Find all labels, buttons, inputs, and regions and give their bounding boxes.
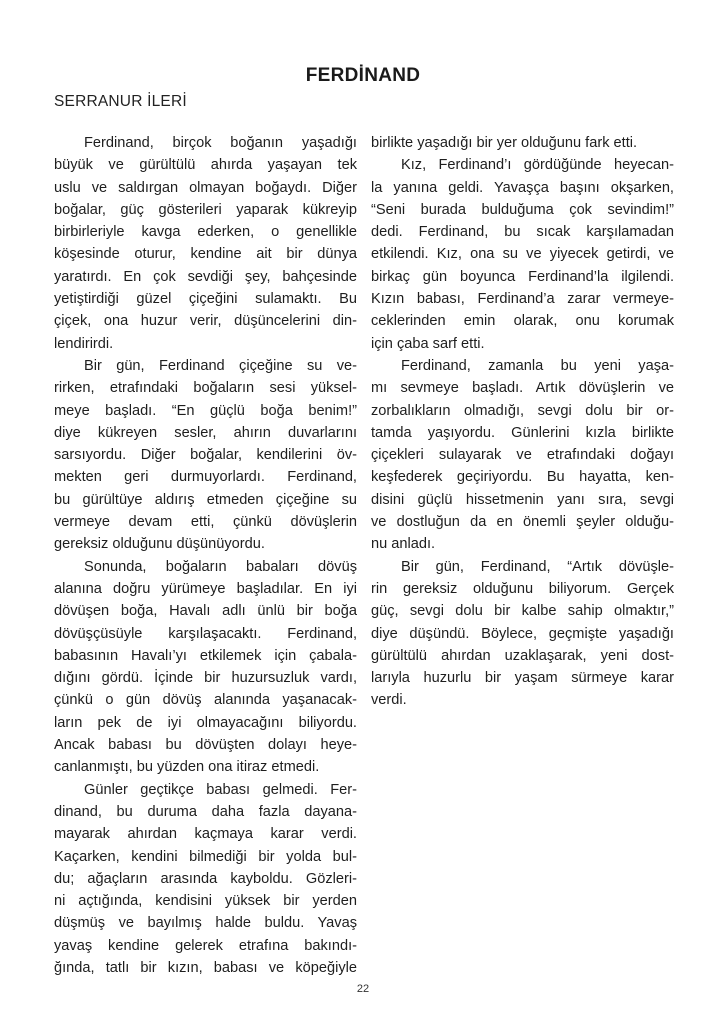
text-line: ğında, tatlı bir kızın, babası ve köpeği… [54, 957, 357, 979]
text-line: meye başladı. “En güçlü boğa benim!” [54, 400, 357, 422]
text-line: dinand, bu duruma daha fazla dayana- [54, 801, 357, 823]
text-line: köşesinde oturur, kendine ait bir dünya [54, 243, 357, 265]
text-line: sarsıyordu. Diğer boğalar, kendilerini ö… [54, 444, 357, 466]
text-line: ni açtığında, kendisini yüksek bir yerde… [54, 890, 357, 912]
text-line: etkilendi. Kız, ona su ve yiyecek getird… [371, 243, 674, 265]
text-line: zorbalıkların olmadığı, sevgi dolu bir o… [371, 400, 674, 422]
text-line: rirken, etrafındaki boğaların sesi yükse… [54, 377, 357, 399]
text-line: diye kükreyen sesler, ahırın duvarlarını [54, 422, 357, 444]
text-line: dedi. Ferdinand, bu sıcak karşılamadan [371, 221, 674, 243]
text-line: yavaş kendine gelerek etrafına bakındı- [54, 935, 357, 957]
text-line: keşfederek geçiriyordu. Bu hayatta, ken- [371, 466, 674, 488]
text-line: tamda yaşıyordu. Günlerini kızla birlikt… [371, 422, 674, 444]
text-line: birlikte yaşadığı bir yer olduğunu fark … [371, 132, 674, 154]
text-line: mı sevmeye başladı. Artık dövüşlerin ve [371, 377, 674, 399]
text-line: diye düşündü. Böylece, geçmişte yaşadığı [371, 623, 674, 645]
text-line: Sonunda, boğaların babaları dövüş [54, 556, 357, 578]
text-line: nu anladı. [371, 533, 674, 555]
text-line: boğalar, güç gösterileri yaparak kükreyi… [54, 199, 357, 221]
text-line: mekten geri durmuyorlardı. Ferdinand, [54, 466, 357, 488]
text-line: “Seni burada bulduğuma çok sevindim!” [371, 199, 674, 221]
text-line: için çaba sarf etti. [371, 333, 674, 355]
text-column-right: birlikte yaşadığı bir yer olduğunu fark … [371, 132, 674, 712]
text-line: Kızın babası, Ferdinand’a zarar vermeye- [371, 288, 674, 310]
text-line: larıyla huzurlu bir yaşam sürmeye karar [371, 667, 674, 689]
text-line: çiçekleri sulayarak ve etrafındaki doğay… [371, 444, 674, 466]
text-line: yetiştirdiği güzel çiçeğini sulamaktı. B… [54, 288, 357, 310]
text-line: ve dostluğun da en önemli şeyler olduğu- [371, 511, 674, 533]
text-line: yaratırdı. En çok sevdiği şey, bahçesind… [54, 266, 357, 288]
page-title: FERDİNAND [0, 65, 726, 87]
text-line: Günler geçtikçe babası gelmedi. Fer- [54, 779, 357, 801]
text-line: büyük ve gürültülü ahırda yaşayan tek [54, 154, 357, 176]
text-line: güç, sevgi dolu bir kalbe sahip olmaktır… [371, 600, 674, 622]
text-line: birbirleriyle kavga ederken, o genellikl… [54, 221, 357, 243]
text-line: Ferdinand, birçok boğanın yaşadığı [54, 132, 357, 154]
text-line: verdi. [371, 689, 674, 711]
text-line: uslu ve saldırgan olmayan boğaydı. Diğer [54, 177, 357, 199]
text-line: bu gürültüye aldırış etmeden çiçeğine su [54, 489, 357, 511]
text-line: ların pek de iyi olmayacağını biliyordu. [54, 712, 357, 734]
text-line: ceklerinden emin olarak, onu korumak [371, 310, 674, 332]
text-column-left: Ferdinand, birçok boğanın yaşadığıbüyük … [54, 132, 357, 979]
text-line: düşmüş ve bayılmış halde buldu. Yavaş [54, 912, 357, 934]
text-line: birkaç gün boyunca Ferdinand’la ilgilend… [371, 266, 674, 288]
text-line: çiçek, ona huzur verir, düşüncelerini di… [54, 310, 357, 332]
text-line: Ferdinand, zamanla bu yeni yaşa- [371, 355, 674, 377]
text-line: rin gereksiz olduğunu biliyorum. Gerçek [371, 578, 674, 600]
text-line: lendirirdi. [54, 333, 357, 355]
text-line: çünkü o gün dövüş alanında yaşanacak- [54, 689, 357, 711]
text-line: Ancak babası bu dövüşten dolayı heye- [54, 734, 357, 756]
text-line: canlanmıştı, bu yüzden ona itiraz etmedi… [54, 756, 357, 778]
text-line: babasının Havalı’yı etkilemek için çabal… [54, 645, 357, 667]
text-line: dövüşen boğa, Havalı adlı ünlü bir boğa [54, 600, 357, 622]
text-line: gürültülü ahırdan uzaklaşarak, yeni dost… [371, 645, 674, 667]
author-name: SERRANUR İLERİ [54, 93, 187, 111]
text-line: alanına doğru yürümeye başladılar. En iy… [54, 578, 357, 600]
text-line: dığını gördü. İçinde bir huzursuzluk var… [54, 667, 357, 689]
text-line: Bir gün, Ferdinand, “Artık dövüşle- [371, 556, 674, 578]
text-line: dövüşçüsüyle karşılaşacaktı. Ferdinand, [54, 623, 357, 645]
text-line: du; ağaçların arasında kayboldu. Gözleri… [54, 868, 357, 890]
text-line: Kız, Ferdinand’ı gördüğünde heyecan- [371, 154, 674, 176]
text-line: disini güçlü hissetmenin yanı sıra, sevg… [371, 489, 674, 511]
text-line: Kaçarken, kendini bilmediği bir yolda bu… [54, 846, 357, 868]
text-line: gereksiz olduğunu düşünüyordu. [54, 533, 357, 555]
page-number: 22 [0, 983, 726, 995]
text-line: vermeye devam etti, çünkü dövüşlerin [54, 511, 357, 533]
text-line: mayarak ahırdan kaçmaya karar verdi. [54, 823, 357, 845]
text-line: Bir gün, Ferdinand çiçeğine su ve- [54, 355, 357, 377]
text-line: la yanına geldi. Yavaşça başını okşarken… [371, 177, 674, 199]
